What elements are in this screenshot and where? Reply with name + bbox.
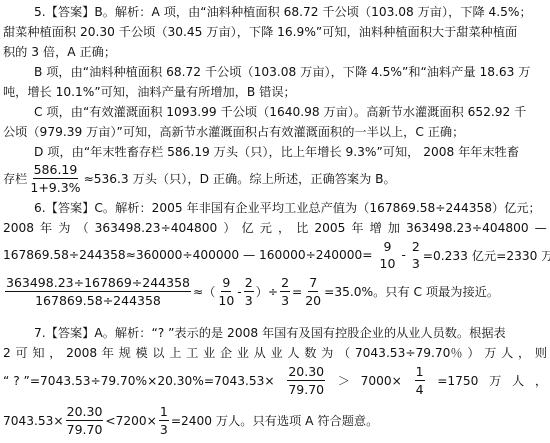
q5-line-9-prefix: 存栏	[3, 170, 27, 187]
fraction-1-3: 1 3	[159, 403, 169, 438]
fraction-9-10: 9 10	[379, 238, 397, 272]
fraction-livestock: 586.19 1+9.3%	[29, 161, 81, 196]
q7-line-1: 7.【答案】A。解析：“? ”表示的是 2008 年国有及国有控股企业的从业人员…	[34, 325, 506, 341]
fraction-20.30-79.70: 20.30 79.70	[287, 363, 325, 398]
fraction-2-3: 2 3	[280, 274, 290, 309]
fraction-2-3: 2 3	[411, 238, 421, 272]
fraction-2-3: 2 3	[244, 274, 254, 309]
q5-line-1: 5.【答案】B。解析：A 项，由“油料种植面积 68.72 千公顷（103.08…	[34, 4, 532, 20]
q5-line-2: 甜菜种植面积 20.30 千公顷（30.45 万亩），下降 16.9%”可知，油…	[3, 24, 517, 40]
q6-line-3: 167869.58÷244358≈360000÷400000 — 160000÷…	[3, 238, 550, 272]
q5-line-7: 公顷（979.39 万亩）”可知，高新节水灌溉面积占有效灌溉面积的一半以上，C …	[3, 124, 464, 140]
fraction-7-20: 7 20	[304, 274, 322, 309]
q5-line-8: D 项，由“年末牲畜存栏 586.19 万头（只），比上年增长 9.3%”可知，…	[34, 144, 519, 160]
fraction-ratio: 363498.23÷167869÷244358 167869.58÷244358	[5, 274, 191, 309]
q7-line-4: 7043.53× 20.30 79.70 <7200× 1 3 =2400 万人…	[3, 403, 378, 438]
fraction-9-10: 9 10	[217, 274, 235, 309]
q5-line-9-suffix: ≈536.3 万头（只），D 正确。综上所述，正确答案为 B。	[84, 170, 396, 187]
q6-line-2: 2008 年 为 （ 363498.23÷404800 ） 亿 元 ， 比 20…	[3, 220, 547, 236]
q7-line-2: 2 可 知 ， 2008 年 规 模 以 上 工 业 企 业 从 业 人 数 为…	[3, 345, 547, 361]
q5-line-4: B 项，由“油料种植面积 68.72 千公顷（103.08 万亩），下降 4.5…	[34, 64, 530, 80]
q5-line-3: 积的 3 倍，A 正确；	[3, 44, 116, 60]
q6-line-1: 6.【答案】C。解析：2005 年非国有企业平均工业总产值为（167869.58…	[34, 200, 541, 216]
q6-line-4: 363498.23÷167869÷244358 167869.58÷244358…	[3, 274, 499, 309]
fraction-1-4: 1 4	[415, 363, 425, 398]
q5-line-6: C 项，由“有效灌溉面积 1093.99 千公顷（1640.98 万亩）。高新节…	[34, 104, 526, 120]
fraction-20.30-79.70: 20.30 79.70	[66, 403, 104, 438]
q5-line-9: 存栏 586.19 1+9.3% ≈536.3 万头（只），D 正确。综上所述，…	[3, 161, 396, 196]
q7-line-3: “ ? ”=7043.53÷79.70%×20.30%=7043.53× 20.…	[3, 363, 547, 398]
q5-line-5: 吨，增长 10.1%”可知，油料产量有所增加，B 错误；	[3, 84, 296, 100]
